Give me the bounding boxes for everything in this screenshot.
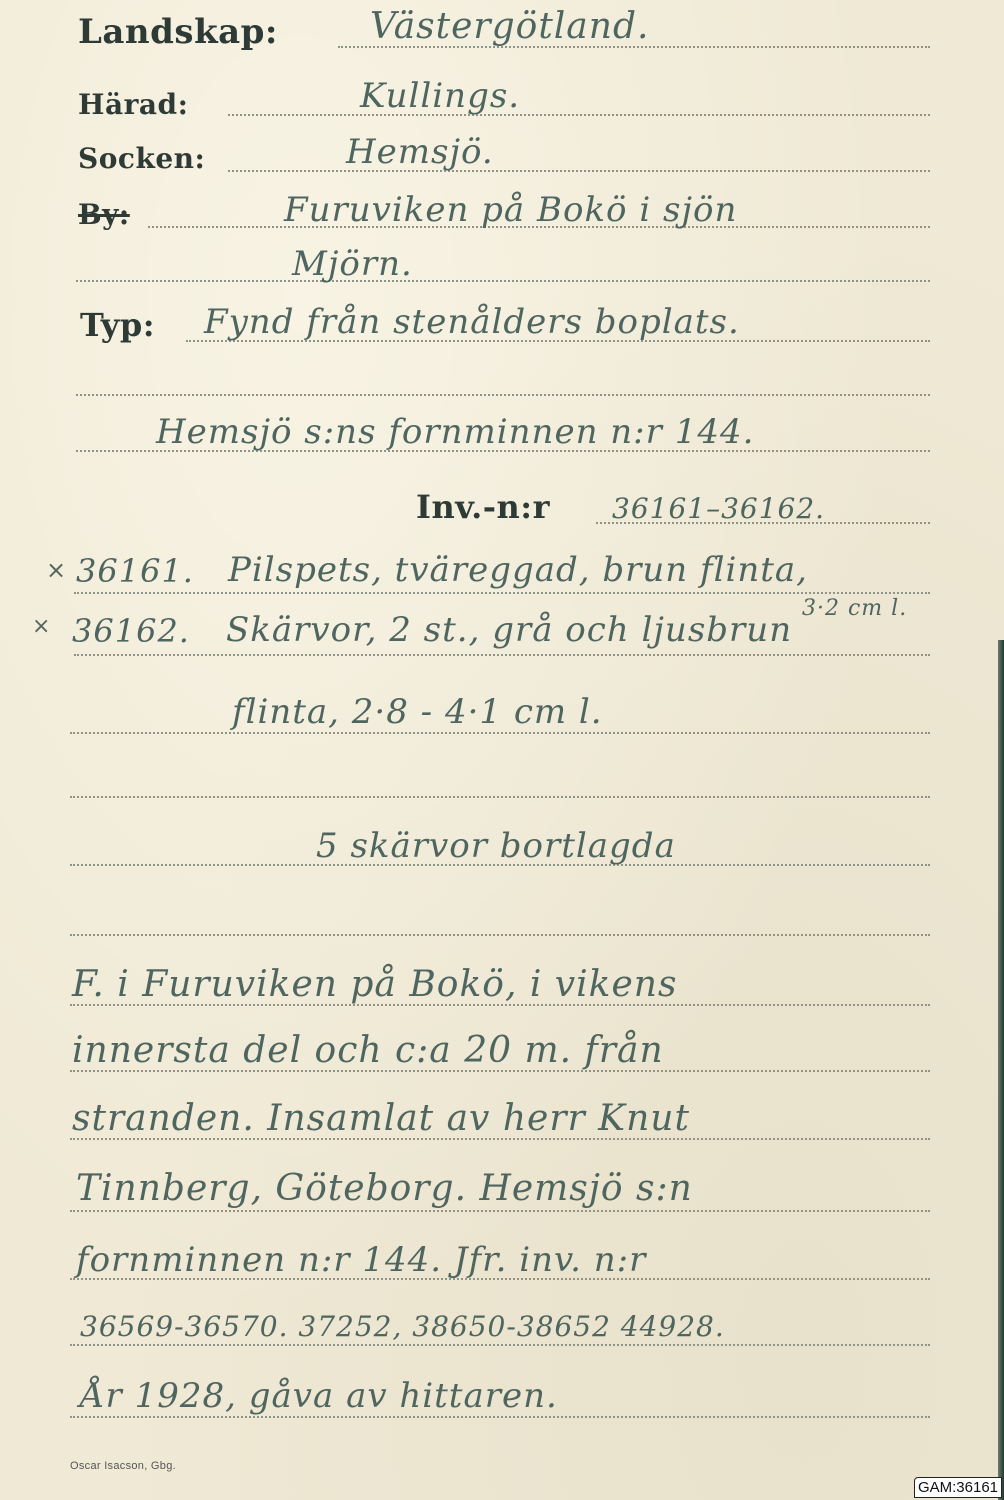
item-number: 36161.: [76, 552, 194, 590]
value-inv: 36161–36162.: [612, 492, 825, 525]
fornminne-note: Hemsjö s:ns fornminnen n:r 144.: [156, 412, 754, 452]
dotted-line: [70, 1416, 930, 1418]
remark-note: 5 skärvor bortlagda: [316, 826, 676, 866]
label-inv: Inv.-n:r: [416, 488, 550, 526]
item-number: 36162.: [72, 612, 190, 650]
value-by-line1: Furuviken på Bokö i sjön: [284, 190, 737, 230]
description-line: stranden. Insamlat av herr Knut: [72, 1098, 690, 1139]
description-line: Tinnberg, Göteborg. Hemsjö s:n: [76, 1168, 693, 1209]
item-note: 3·2 cm l.: [802, 596, 907, 621]
item-description: Pilspets, tväreggad, brun flinta,: [228, 550, 808, 590]
catalog-card: Landskap: Västergötland. Härad: Kullings…: [0, 0, 1004, 1500]
dotted-line: [76, 280, 930, 282]
value-by-line2: Mjörn.: [292, 244, 413, 284]
description-line: innersta del och c:a 20 m. från: [72, 1030, 664, 1071]
dotted-line: [76, 394, 930, 396]
dotted-line: [228, 170, 930, 172]
description-line: F. i Furuviken på Bokö, i vikens: [72, 964, 677, 1005]
dotted-line: [70, 732, 930, 734]
value-socken: Hemsjö.: [346, 132, 494, 172]
description-line: 36569-36570. 37252, 38650-38652 44928.: [80, 1310, 725, 1343]
description-line: År 1928, gåva av hittaren.: [80, 1376, 558, 1416]
label-by: By:: [78, 198, 130, 231]
description-line: fornminnen n:r 144. Jfr. inv. n:r: [76, 1240, 646, 1280]
dotted-line: [74, 654, 930, 656]
dotted-line: [70, 1210, 930, 1212]
value-typ: Fynd från stenålders boplats.: [204, 302, 740, 342]
dotted-line: [74, 592, 930, 594]
dotted-line: [70, 796, 930, 798]
catalog-id-stamp: GAM:36161: [914, 1477, 1002, 1498]
checkmark-x-icon: ×: [32, 614, 50, 639]
printer-imprint: Oscar Isacson, Gbg.: [70, 1460, 176, 1472]
item-continuation: flinta, 2·8 - 4·1 cm l.: [232, 692, 603, 732]
dotted-line: [70, 934, 930, 936]
label-typ: Typ:: [80, 306, 155, 344]
label-harad: Härad:: [78, 88, 188, 121]
value-landskap: Västergötland.: [370, 6, 649, 47]
label-socken: Socken:: [78, 142, 205, 175]
card-edge-border: [998, 640, 1004, 1500]
dotted-line: [70, 1344, 930, 1346]
checkmark-x-icon: ×: [46, 556, 66, 584]
dotted-line: [228, 114, 930, 116]
item-description: Skärvor, 2 st., grå och ljusbrun: [226, 610, 792, 650]
label-landskap: Landskap:: [78, 12, 278, 52]
value-harad: Kullings.: [360, 76, 520, 116]
